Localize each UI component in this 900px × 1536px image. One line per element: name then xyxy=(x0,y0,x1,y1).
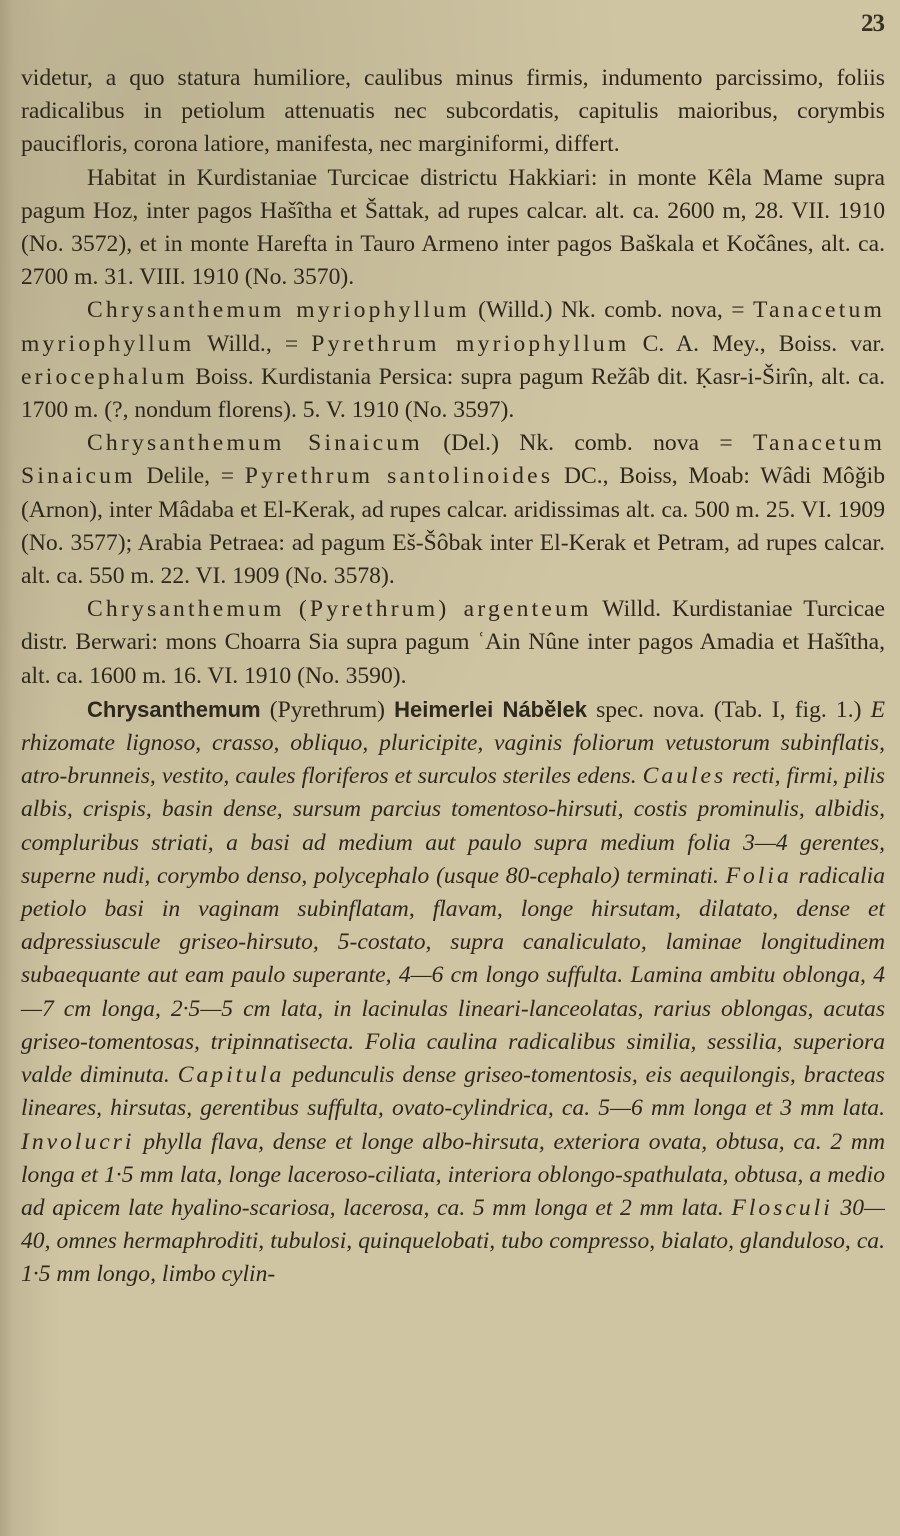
body-text: videtur, a quo statura humiliore, caulib… xyxy=(21,62,885,1292)
scanned-page: 23 videtur, a quo statura humiliore, cau… xyxy=(0,0,900,1536)
text-run: C. A. Mey., Boiss. var. xyxy=(629,331,885,357)
taxon-name-bold: Heimerlei Nábělek xyxy=(394,697,587,722)
paragraph-chrysanthemum-argenteum: Chrysanthemum (Pyrethrum) argenteum Will… xyxy=(21,593,885,693)
taxon-name: Chrysanthemum Sinaicum xyxy=(87,430,423,456)
organ-heading: Caules xyxy=(643,763,727,789)
text-run: spec. nova. (Tab. I, fig. 1.) xyxy=(587,697,871,723)
description-italic: radicalia petiolo basi in vaginam subinf… xyxy=(21,863,885,1088)
taxon-name: eriocephalum xyxy=(21,364,188,390)
taxon-name-bold: Chrysanthemum xyxy=(87,697,261,722)
taxon-name: Pyrethrum santolinoides xyxy=(245,463,553,489)
organ-heading: Capitula xyxy=(178,1062,285,1088)
text-run: Delile, = xyxy=(136,463,245,489)
text-run: (Del.) Nk. comb. nova = xyxy=(423,430,753,456)
paragraph-chrysanthemum-heimerlei: Chrysanthemum (Pyrethrum) Heimerlei Nábě… xyxy=(21,693,885,1292)
organ-heading: Involucri xyxy=(21,1129,134,1155)
paragraph-diagnosis-end: videtur, a quo statura humiliore, caulib… xyxy=(21,62,885,162)
page-number: 23 xyxy=(861,10,884,38)
taxon-name: Chrysanthemum myriophyllum xyxy=(87,297,470,323)
taxon-name: Chrysanthemum (Pyrethrum) argenteum xyxy=(87,596,592,622)
paragraph-chrysanthemum-myriophyllum: Chrysanthemum myriophyllum (Willd.) Nk. … xyxy=(21,294,885,427)
organ-heading: Flosculi xyxy=(731,1195,832,1221)
taxon-name: Pyrethrum myriophyllum xyxy=(311,331,629,357)
organ-heading: Folia xyxy=(726,863,792,889)
text-run: (Willd.) Nk. comb. nova, = xyxy=(470,297,753,323)
text-run: (Pyrethrum) xyxy=(261,697,395,723)
paragraph-chrysanthemum-sinaicum: Chrysanthemum Sinaicum (Del.) Nk. comb. … xyxy=(21,427,885,593)
text-run: Willd., = xyxy=(194,331,311,357)
paragraph-habitat: Habitat in Kurdistaniae Turcicae distric… xyxy=(21,162,885,295)
